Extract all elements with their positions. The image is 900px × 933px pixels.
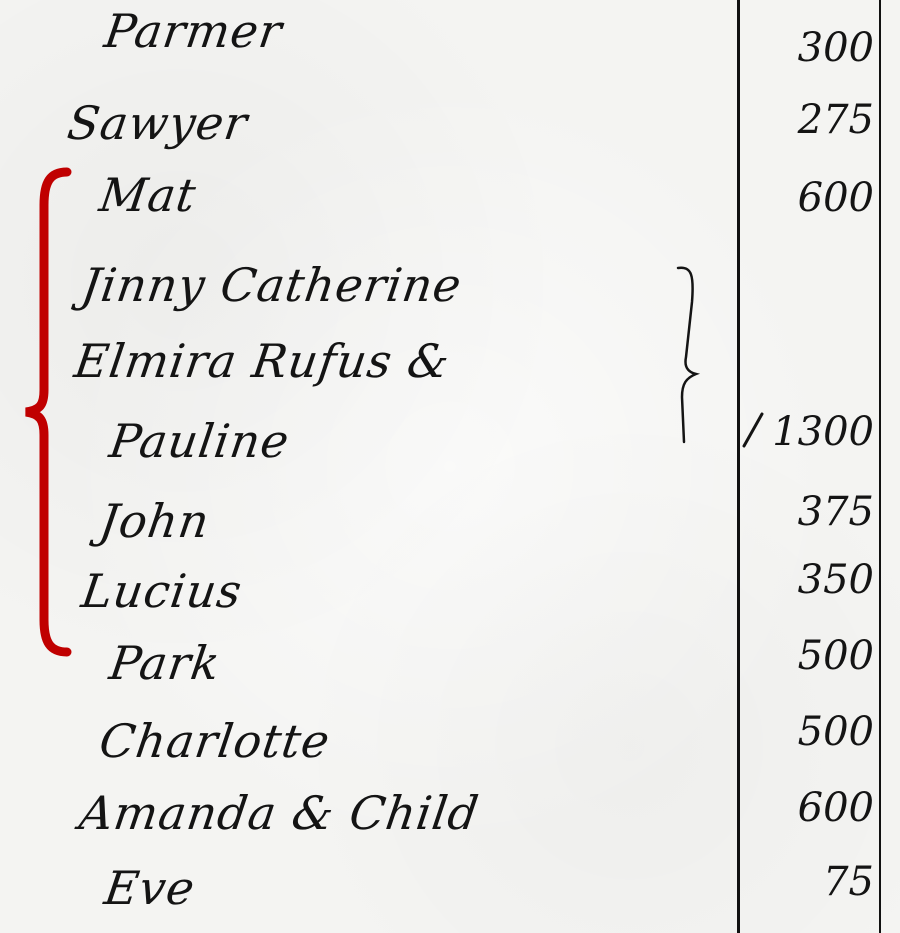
entry-name: John — [97, 498, 213, 544]
entry-amount: 1300 — [772, 412, 874, 452]
ink-group-brace-icon — [670, 262, 720, 452]
ledger-page: Parmer Sawyer Mat Jinny Catherine Elmira… — [0, 0, 900, 933]
entry-amount: 500 — [798, 636, 874, 676]
entry-amount: 75 — [823, 862, 874, 902]
amount-column-left-rule — [737, 0, 740, 933]
entry-name: Sawyer — [65, 100, 251, 146]
entry-amount: 600 — [798, 178, 874, 218]
entry-name: Jinny Catherine — [79, 262, 465, 308]
entry-amount: 375 — [798, 492, 874, 532]
entry-name: Charlotte — [97, 718, 333, 764]
entry-amount: 600 — [798, 788, 874, 828]
red-curly-brace-icon — [12, 160, 72, 660]
entry-name: Elmira Rufus & — [72, 338, 453, 384]
entry-name: Parmer — [102, 8, 286, 54]
entry-name: Eve — [102, 865, 198, 911]
entry-name: Park — [107, 640, 224, 686]
entry-amount: 350 — [798, 560, 874, 600]
entry-name: Pauline — [107, 418, 293, 464]
entry-amount: 275 — [798, 100, 874, 140]
entry-amount: 300 — [798, 28, 874, 68]
entry-name: Mat — [97, 172, 199, 218]
entry-amount: 500 — [798, 712, 874, 752]
amount-column-right-rule — [879, 0, 881, 933]
tick-mark-icon — [742, 410, 764, 450]
entry-name: Amanda & Child — [77, 790, 482, 836]
entry-name: Lucius — [79, 568, 245, 614]
